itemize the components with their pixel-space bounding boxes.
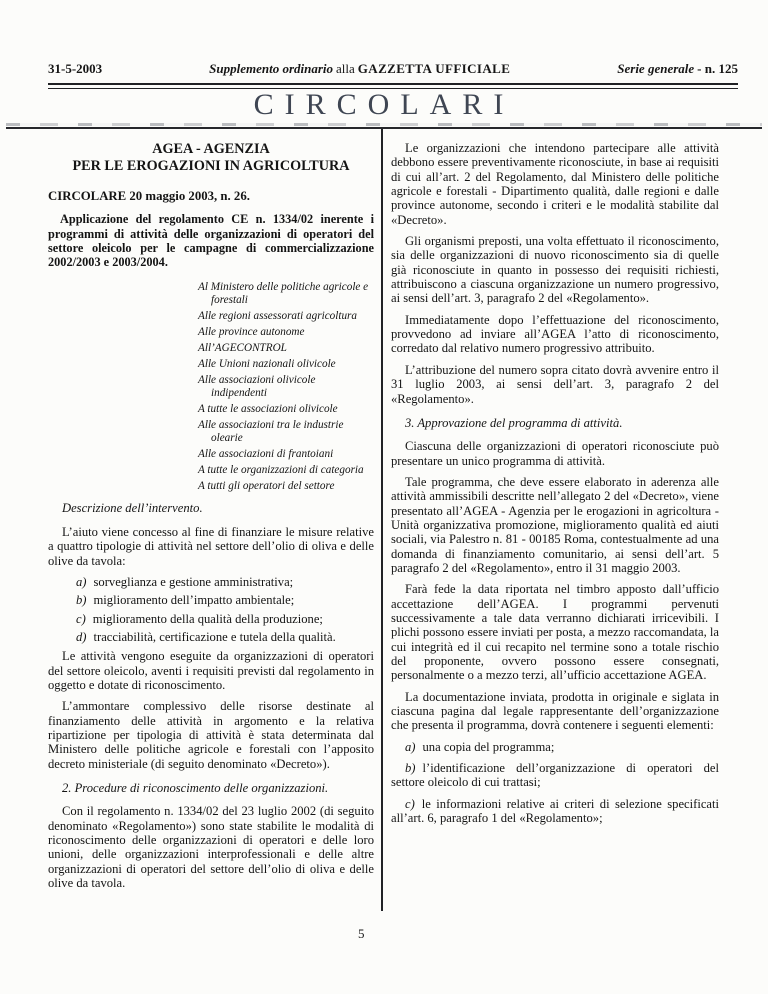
paragraph-postmark: Farà fede la data riportata nel timbro a… [391,582,719,682]
column-divider [381,129,383,911]
paragraph-deadline: L’attribuzione del numero sopra citato d… [391,363,719,406]
list-item-label: a) [405,740,416,754]
paragraph-programme-submission: Tale programma, che deve essere elaborat… [391,475,719,575]
list-item: a)sorveglianza e gestione amministrativa… [48,575,374,589]
circular-subject: Applicazione del regolamento CE n. 1334/… [48,212,374,270]
list-item-text: le informazioni relative ai criteri di s… [391,797,719,825]
addressee-item: Al Ministero delle politiche agricole e … [198,281,374,307]
section-heading-3: 3. Approvazione del programma di attivit… [391,416,719,430]
addressee-item: A tutte le associazioni olivicole [198,403,374,416]
paragraph-aid-intro: L’aiuto viene concesso al fine di finanz… [48,525,374,568]
addressee-item: Alle regioni assessorati agricoltura [198,310,374,323]
list-item: c)miglioramento della qualità della prod… [48,612,374,626]
list-item-text: miglioramento dell’impatto ambientale; [94,593,295,607]
header-center: Supplemento ordinarioallaGAZZETTA UFFICI… [209,61,510,77]
header-gazette-title: GAZZETTA UFFICIALE [358,61,511,76]
header-supplement-label: Supplemento ordinario [209,61,333,76]
paragraph-funding: L’ammontare complessivo delle risorse de… [48,699,374,771]
addressee-item: Alle Unioni nazionali olivicole [198,358,374,371]
list-item: c)le informazioni relative ai criteri di… [391,797,719,826]
list-item-label: a) [76,575,87,589]
title-rule [6,123,762,129]
list-item-text: tracciabilità, certificazione e tutela d… [94,630,336,644]
left-column: AGEA - AGENZIA PER LE EROGAZIONI IN AGRI… [48,141,374,897]
header-series: Serie generale- n. 125 [617,61,738,77]
list-item-text: sorveglianza e gestione amministrativa; [94,575,294,589]
paragraph-send-agea: Immediatamente dopo l’effettuazione del … [391,313,719,356]
header-issue-number: - n. 125 [697,61,738,76]
paragraph-regulation: Con il regolamento n. 1334/02 del 23 lug… [48,804,374,890]
list-item-label: b) [76,593,87,607]
page-title: CIRCOLARI [0,88,768,122]
list-item: b)l’identificazione dell’organizzazione … [391,761,719,790]
header-alla-label: alla [336,61,355,76]
addressee-item: Alle associazioni olivicole indipendenti [198,374,374,400]
addressee-item: A tutte le organizzazioni di categoria [198,464,374,477]
agency-heading: AGEA - AGENZIA PER LE EROGAZIONI IN AGRI… [48,141,374,176]
addressee-item: A tutti gli operatori del settore [198,480,374,493]
addressee-item: All’AGECONTROL [198,342,374,355]
list-item-label: c) [76,612,86,626]
addressee-item: Alle associazioni tra le industrie olear… [198,419,374,445]
paragraph-activities: Le attività vengono eseguite da organizz… [48,649,374,692]
right-column: Le organizzazioni che intendono partecip… [391,141,719,832]
activity-type-list: a)sorveglianza e gestione amministrativa… [48,575,374,644]
paragraph-progressive-number: Gli organismi preposti, una volta effett… [391,234,719,306]
list-item-text: una copia del programma; [423,740,555,754]
addressee-list: Al Ministero delle politiche agricole e … [198,281,374,493]
header-date: 31-5-2003 [48,61,102,77]
agency-name-line2: PER LE EROGAZIONI IN AGRICOLTURA [48,158,374,175]
addressee-item: Alle associazioni di frantoiani [198,448,374,461]
paragraph-documentation: La documentazione inviata, prodotta in o… [391,690,719,733]
page-number: 5 [358,926,365,942]
list-item: a)una copia del programma; [391,740,719,754]
list-item-label: b) [405,761,416,775]
list-item-text: l’identificazione dell’organizzazione di… [391,761,719,789]
gazette-page: 31-5-2003 Supplemento ordinarioallaGAZZE… [0,0,768,994]
page-header: 31-5-2003 Supplemento ordinarioallaGAZZE… [48,61,738,77]
document-elements-list: a)una copia del programma; b)l’identific… [391,740,719,826]
list-item: b)miglioramento dell’impatto ambientale; [48,593,374,607]
section-heading-description: Descrizione dell’intervento. [48,501,374,515]
header-series-name: Serie generale [617,61,694,76]
paragraph-single-programme: Ciascuna delle organizzazioni di operato… [391,439,719,468]
list-item-label: d) [76,630,87,644]
circular-number: CIRCOLARE 20 maggio 2003, n. 26. [48,189,374,204]
paragraph-recognition-intro: Le organizzazioni che intendono partecip… [391,141,719,227]
list-item: d)tracciabilità, certificazione e tutela… [48,630,374,644]
list-item-label: c) [405,797,415,811]
section-heading-2: 2. Procedure di riconoscimento delle org… [48,781,374,795]
addressee-item: Alle province autonome [198,326,374,339]
agency-name-line1: AGEA - AGENZIA [48,141,374,158]
list-item-text: miglioramento della qualità della produz… [93,612,323,626]
